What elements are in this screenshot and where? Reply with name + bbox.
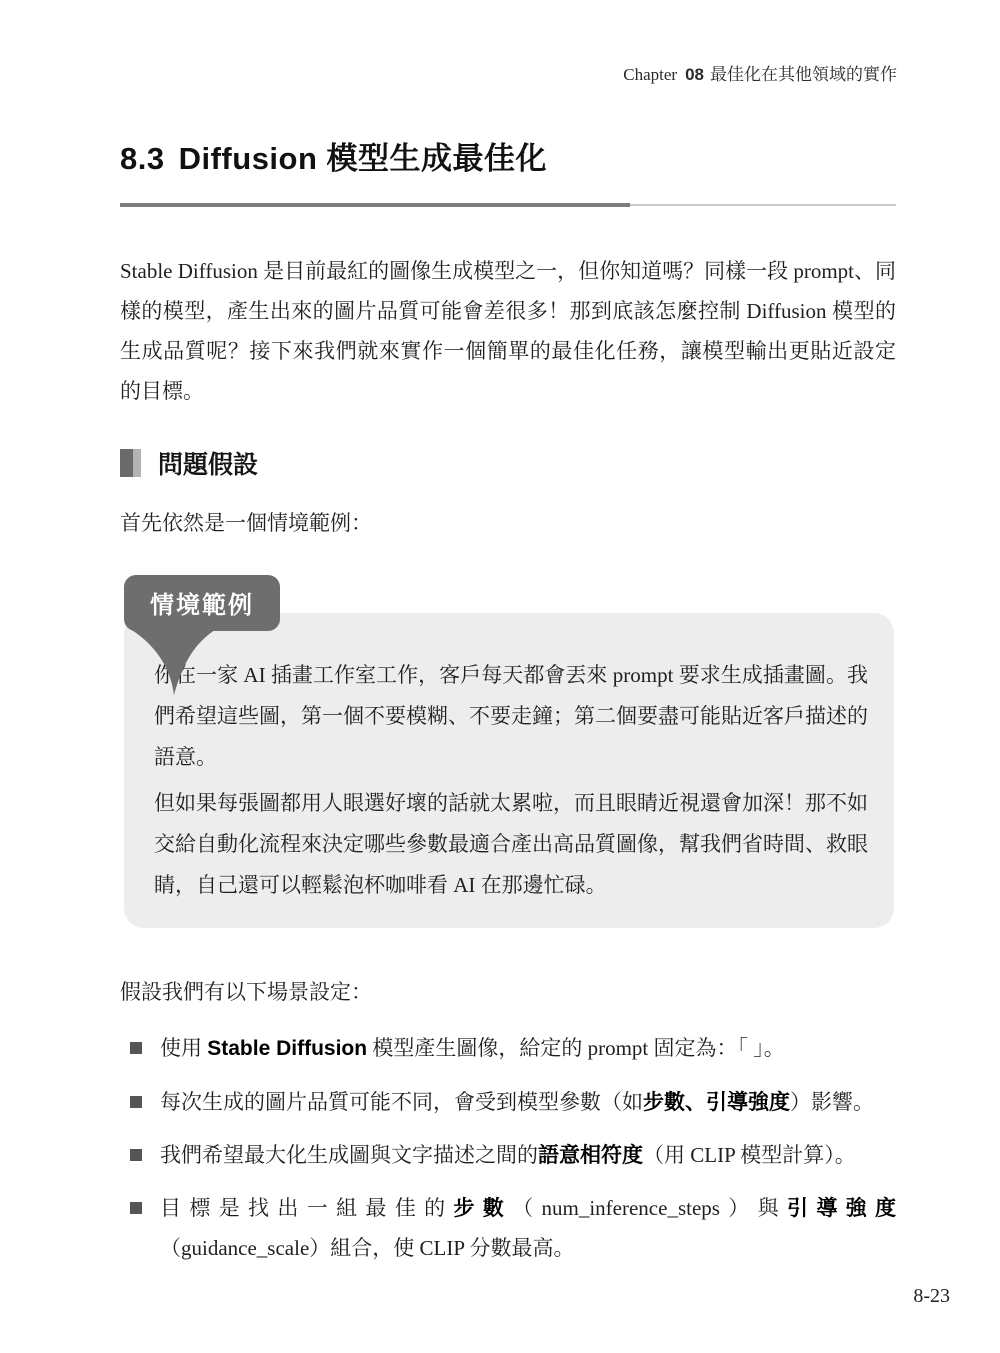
bullet-text: 使用 Stable Diffusion 模型產生圖像，給定的 prompt 固定… — [160, 1028, 785, 1069]
callout-paragraph: 但如果每張圖都用人眼選好壞的話就太累啦，而且眼睛近視還會加深！那不如交給自動化流… — [154, 783, 868, 906]
title-rule-light-segment — [630, 204, 896, 206]
section-title: 8.3Diffusion 模型生成最佳化 — [120, 140, 896, 177]
list-item: 我們希望最大化生成圖與文字描述之間的語意相符度（用 CLIP 模型計算）。 — [130, 1135, 896, 1175]
page-content: 8.3Diffusion 模型生成最佳化 Stable Diffusion 是目… — [120, 0, 896, 1281]
square-bullet-icon — [130, 1096, 142, 1108]
bullet-text: 目標是找出一組最佳的步數（num_inference_steps）與引導強度（g… — [160, 1188, 896, 1268]
square-marker-icon — [120, 449, 141, 477]
scenario-callout: 情境範例 你在一家 AI 插畫工作室工作，客戶每天都會丟來 prompt 要求生… — [124, 613, 894, 928]
subsection-lead: 首先依然是一個情境範例： — [120, 503, 896, 543]
callout-box: 你在一家 AI 插畫工作室工作，客戶每天都會丟來 prompt 要求生成插畫圖。… — [124, 613, 894, 928]
callout-paragraph: 你在一家 AI 插畫工作室工作，客戶每天都會丟來 prompt 要求生成插畫圖。… — [154, 655, 868, 778]
intro-paragraph: Stable Diffusion 是目前最紅的圖像生成模型之一，但你知道嗎？同樣… — [120, 251, 896, 411]
scenario-lead: 假設我們有以下場景設定： — [120, 972, 896, 1012]
square-bullet-icon — [130, 1042, 142, 1054]
page-number: 8-23 — [913, 1285, 950, 1308]
subsection-heading: 問題假設 — [120, 445, 896, 481]
speech-bubble-tail-icon — [130, 621, 234, 701]
subsection-title: 問題假設 — [158, 445, 258, 481]
section-title-text: Diffusion 模型生成最佳化 — [179, 141, 547, 176]
section-number: 8.3 — [120, 141, 165, 176]
square-bullet-icon — [130, 1202, 142, 1214]
bullet-text: 每次生成的圖片品質可能不同，會受到模型參數（如步數、引導強度）影響。 — [160, 1082, 874, 1122]
bullet-text: 我們希望最大化生成圖與文字描述之間的語意相符度（用 CLIP 模型計算）。 — [160, 1135, 856, 1175]
callout-label-bubble: 情境範例 — [124, 575, 280, 631]
square-bullet-icon — [130, 1149, 142, 1161]
list-item: 使用 Stable Diffusion 模型產生圖像，給定的 prompt 固定… — [130, 1028, 896, 1069]
title-rule — [120, 203, 896, 207]
book-page: Chapter08最佳化在其他領域的實作 8.3Diffusion 模型生成最佳… — [0, 0, 1000, 1353]
title-rule-dark-segment — [120, 203, 630, 207]
list-item: 目標是找出一組最佳的步數（num_inference_steps）與引導強度（g… — [130, 1188, 896, 1268]
list-item: 每次生成的圖片品質可能不同，會受到模型參數（如步數、引導強度）影響。 — [130, 1082, 896, 1122]
scenario-bullet-list: 使用 Stable Diffusion 模型產生圖像，給定的 prompt 固定… — [120, 1028, 896, 1268]
